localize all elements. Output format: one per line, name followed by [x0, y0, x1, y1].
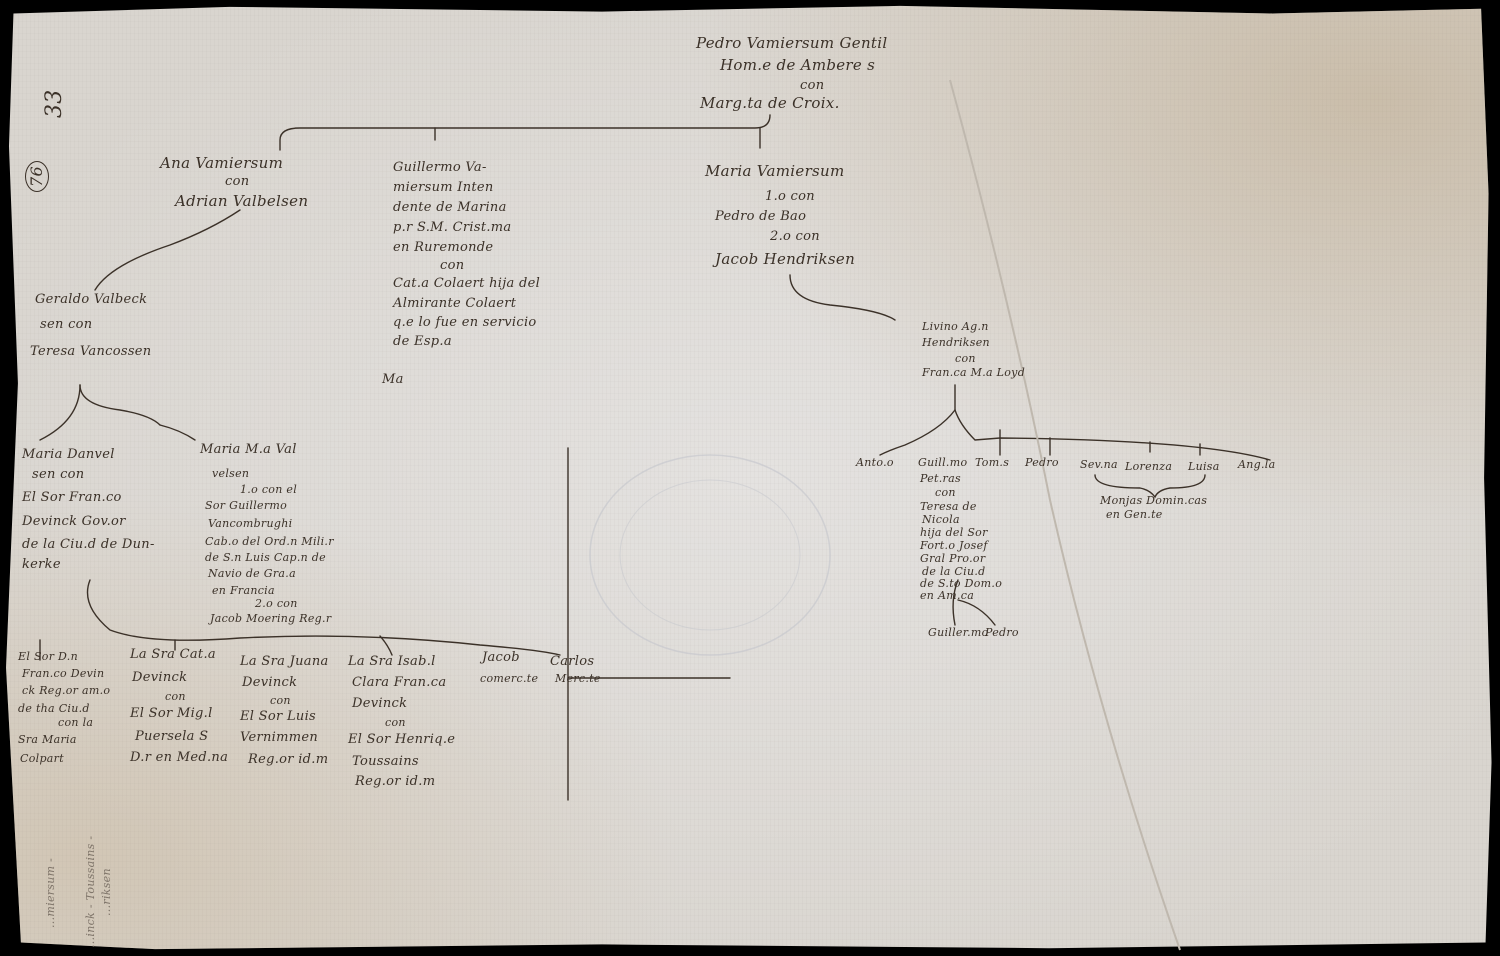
person-name: Pedro [985, 626, 1019, 640]
note-line: ...miersum - [44, 858, 58, 928]
person-line: Vancombrughi [208, 517, 292, 531]
person-line: con [270, 694, 291, 708]
person-line: sen con [32, 465, 84, 485]
person-name: Ang.la [1238, 458, 1275, 472]
person-line: p.r S.M. Crist.ma [393, 218, 511, 238]
person-line: Cat.a Colaert hija del [393, 274, 540, 294]
person-line: D.r en Med.na [130, 748, 228, 768]
person-line: Reg.or id.m [355, 772, 435, 792]
person-line: Navio de Gra.a [208, 567, 296, 581]
person-line: Fort.o Josef [920, 539, 988, 553]
person-line: El Sor Mig.l [130, 704, 213, 724]
person-line: de Esp.a [393, 332, 452, 352]
person-line: Geraldo Valbeck [35, 290, 147, 310]
person-line: Reg.or id.m [248, 750, 328, 770]
person-name: Lorenza [1125, 460, 1172, 474]
note-line: ...riksen [100, 868, 114, 916]
person-line: La Sra Isab.l [348, 652, 436, 672]
person-line: Merc.te [555, 672, 601, 686]
person-line: Nicola [922, 513, 960, 527]
person-line: con [385, 716, 406, 730]
person-line: con [955, 352, 976, 366]
person-line: El Sor Fran.co [22, 488, 122, 508]
person-line: El Sor D.n [18, 650, 78, 664]
person-line: con [935, 486, 956, 500]
person-line: Sor Guillermo [205, 499, 287, 513]
person-line: 1.o con el [240, 483, 297, 497]
person-line: Livino Ag.n [922, 320, 989, 334]
person-line: hija del Sor [920, 526, 988, 540]
person-line: Pet.ras [920, 472, 961, 486]
person-line: dente de Marina [393, 198, 507, 218]
person-line: Cab.o del Ord.n Mili.r [205, 535, 334, 549]
person-line: ck Reg.or am.o [22, 684, 110, 698]
person-line: con [440, 256, 464, 276]
person-line: 1.o con [765, 187, 815, 207]
person-line: Ana Vamiersum [160, 152, 283, 174]
person-line: miersum Inten [393, 178, 494, 198]
person-line: Devinck [242, 673, 297, 693]
root-line: Pedro Vamiersum Gentil [696, 32, 887, 54]
person-line: de S.n Luis Cap.n de [205, 551, 326, 565]
person-line: Colpart [20, 752, 64, 766]
person-line: Jacob Moering Reg.r [210, 612, 331, 626]
person-line: en Francia [212, 584, 275, 598]
person-line: q.e lo fue en servicio [393, 313, 537, 333]
person-line: La Sra Cat.a [130, 645, 216, 665]
person-name: Tom.s [975, 456, 1009, 470]
person-name: Pedro [1025, 456, 1059, 470]
person-name: Guill.mo [918, 456, 967, 470]
person-line: Devinck Gov.or [22, 512, 126, 532]
circled-folio-number: 76 [25, 161, 49, 192]
person-line: Carlos [550, 652, 594, 672]
person-line: Toussains [352, 752, 419, 772]
person-name: Sev.na [1080, 458, 1118, 472]
person-line: Pedro de Bao [715, 207, 806, 227]
person-line: Jacob Hendriksen [715, 248, 855, 270]
person-line: en Am.ca [920, 589, 974, 603]
person-line: El Sor Luis [240, 707, 316, 727]
person-line: Jacob [482, 648, 520, 668]
note-line: ...inck - Toussains - [84, 836, 98, 948]
person-line: Devinck [352, 694, 407, 714]
person-line: Teresa Vancossen [30, 342, 151, 362]
note-line: Monjas Domin.cas [1100, 494, 1207, 508]
person-name: Luisa [1188, 460, 1220, 474]
person-line: Clara Fran.ca [352, 673, 446, 693]
person-line: en Ruremonde [393, 238, 493, 258]
person-line: La Sra Juana [240, 652, 329, 672]
person-line: Hendriksen [922, 336, 990, 350]
person-line: Almirante Colaert [393, 294, 516, 314]
person-line: Fran.co Devin [22, 667, 104, 681]
person-line: kerke [22, 555, 61, 575]
folio-number: 33 [44, 89, 66, 118]
person-line: con [225, 172, 249, 192]
person-line: 2.o con [770, 227, 820, 247]
person-line: El Sor Henriq.e [348, 730, 455, 750]
person-line: Vernimmen [240, 728, 318, 748]
person-line: Gral Pro.or [920, 552, 985, 566]
person-line: de tha Ciu.d [18, 702, 90, 716]
person-line: Devinck [132, 668, 187, 688]
person-line: 2.o con [255, 597, 298, 611]
person-line: con [165, 690, 186, 704]
person-name: Anto.o [856, 456, 894, 470]
fragment-text: Ma [382, 370, 404, 390]
person-name: Guiller.mo [928, 626, 989, 640]
person-line: Teresa de [920, 500, 977, 514]
person-line: Sra Maria [18, 733, 77, 747]
person-line: Maria M.a Val [200, 440, 297, 460]
person-line: sen con [40, 315, 92, 335]
person-line: velsen [212, 467, 249, 481]
person-line: comerc.te [480, 672, 538, 686]
person-line: Maria Danvel [22, 445, 115, 465]
person-line: con la [58, 716, 93, 730]
person-line: de la Ciu.d de Dun- [22, 535, 155, 555]
person-line: Guillermo Va- [393, 158, 487, 178]
note-line: en Gen.te [1106, 508, 1163, 522]
root-line: Hom.e de Ambere s [720, 54, 875, 76]
root-line: Marg.ta de Croix. [700, 92, 840, 114]
person-line: Maria Vamiersum [705, 160, 845, 182]
person-line: Puersela S [135, 727, 208, 747]
person-line: Fran.ca M.a Loyd [922, 366, 1025, 380]
person-line: Adrian Valbelsen [175, 190, 308, 212]
